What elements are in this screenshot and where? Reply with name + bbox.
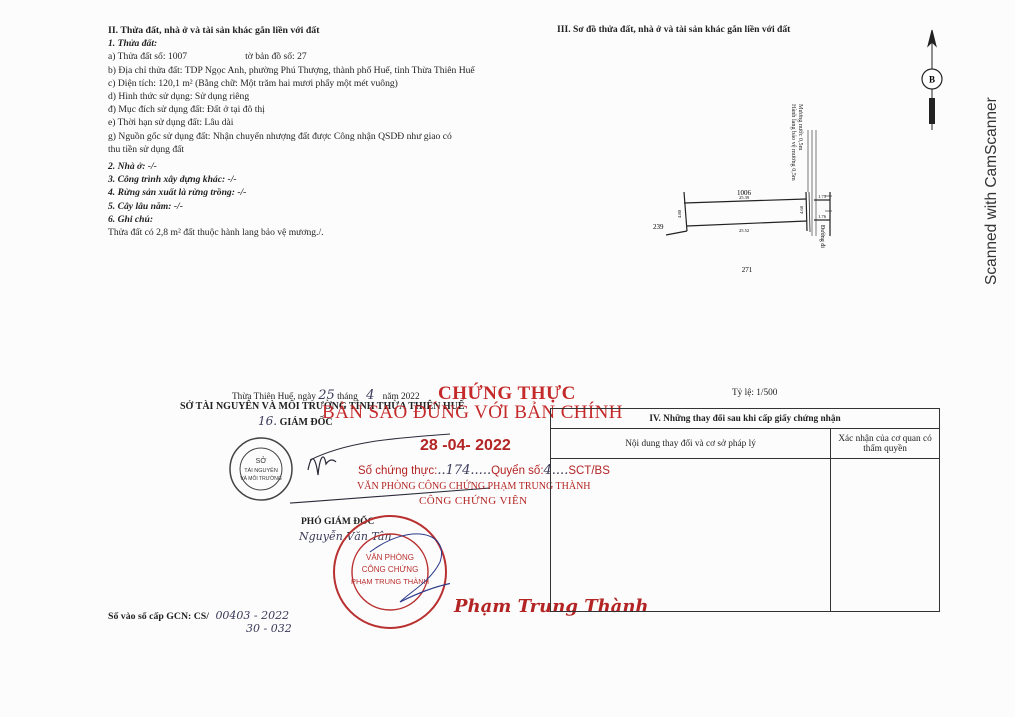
gcn-registry: Số vào sổ cấp GCN: CS/ 00403 - 2022 30 -… — [108, 609, 292, 635]
edge-right-length: 4.68 — [799, 205, 804, 214]
usage-term: e) Thời hạn sử dụng đất: Lâu dài — [108, 116, 548, 129]
neighbor-271: 271 — [742, 266, 753, 274]
land-heading: 1. Thửa đất: — [108, 37, 548, 50]
edge-top-length: 25.39 — [739, 195, 750, 200]
svg-text:CÔNG CHỨNG: CÔNG CHỨNG — [362, 565, 419, 574]
svg-text:VÀ MÔI TRƯỜNG: VÀ MÔI TRƯỜNG — [240, 475, 282, 482]
svg-text:VĂN PHÒNG: VĂN PHÒNG — [366, 553, 414, 562]
change-content-cell — [551, 459, 831, 612]
corridor-label: Hành lang bảo vệ mương 0,5m — [790, 104, 797, 181]
edge-bottom-length: 25.52 — [739, 228, 749, 233]
certification-number: 174 — [446, 463, 471, 478]
certification-date: 28 -04- 2022 — [420, 437, 511, 455]
government-seal-icon: SỞ TÀI NGUYÊN VÀ MÔI TRƯỜNG — [228, 436, 294, 502]
svg-text:PHẠM TRUNG THÀNH: PHẠM TRUNG THÀNH — [351, 577, 429, 586]
map-sheet-number: tờ bản đồ số: 27 — [245, 51, 307, 62]
parcel-area: c) Diện tích: 120,1 m² (Bằng chữ: Một tr… — [108, 77, 548, 90]
section-2-title: II. Thửa đất, nhà ở và tài sản khác gắn … — [108, 24, 548, 37]
house-item: 2. Nhà ở: -/- — [108, 160, 548, 173]
authority-confirmation-cell — [831, 459, 940, 612]
parcel-outline — [666, 130, 832, 236]
road-label: Đường đi — [819, 225, 825, 248]
strip-top-length: 1.75 — [818, 194, 827, 199]
ditch-labels: Mương nước 0,5m Hành lang bảo vệ mương 0… — [790, 104, 804, 181]
notes-heading: 6. Ghi chú: — [108, 213, 548, 226]
usage-purpose: đ) Mục đích sử dụng đất: Đất ở tại đô th… — [108, 103, 548, 116]
edge-left-length: 4.80 — [677, 209, 682, 218]
strip-bottom-length: 1.76 — [818, 214, 827, 219]
notary-role: CÔNG CHỨNG VIÊN — [419, 495, 527, 507]
gcn-number-line1: 00403 - 2022 — [215, 609, 289, 622]
production-forest-item: 4. Rừng sản xuất là rừng trồng: -/- — [108, 186, 548, 199]
col-change-content: Nội dung thay đổi và cơ sở pháp lý — [551, 429, 831, 459]
svg-text:SỞ: SỞ — [256, 456, 267, 465]
parcel-address: b) Địa chỉ thửa đất: TDP Ngọc Anh, phườn… — [108, 64, 548, 77]
col-authority-confirmation: Xác nhận của cơ quan có thẩm quyền — [831, 429, 940, 459]
note-text: Thửa đất có 2,8 m² đất thuộc hành lang b… — [108, 226, 548, 239]
gcn-number-line2: 30 - 032 — [246, 622, 292, 635]
changes-table: IV. Những thay đổi sau khi cấp giấy chứn… — [550, 408, 940, 612]
notary-seal-icon: VĂN PHÒNG CÔNG CHỨNG PHẠM TRUNG THÀNH — [330, 512, 450, 632]
parcel-number: a) Thửa đất số: 1007 — [108, 51, 187, 62]
svg-text:TÀI NGUYÊN: TÀI NGUYÊN — [244, 466, 278, 474]
neighbor-239: 239 — [653, 223, 664, 231]
parcel-number-row: a) Thửa đất số: 1007tờ bản đồ số: 27 — [108, 50, 548, 63]
scale-label: Tỷ lệ: 1/500 — [732, 388, 777, 398]
other-construction-item: 3. Công trình xây dựng khác: -/- — [108, 173, 548, 186]
north-label: B — [929, 75, 935, 85]
section-2-land-info: II. Thửa đất, nhà ở và tài sản khác gắn … — [108, 24, 548, 239]
usage-form: d) Hình thức sử dụng: Sử dụng riêng — [108, 90, 548, 103]
camscanner-watermark: Scanned with CamScanner — [983, 97, 1001, 285]
perennial-trees-item: 5. Cây lâu năm: -/- — [108, 200, 548, 213]
land-origin: g) Nguồn gốc sử dụng đất: Nhận chuyển nh… — [108, 130, 548, 156]
section-4-title: IV. Những thay đổi sau khi cấp giấy chứn… — [551, 409, 940, 429]
ditch-label: Mương nước 0,5m — [797, 104, 804, 181]
